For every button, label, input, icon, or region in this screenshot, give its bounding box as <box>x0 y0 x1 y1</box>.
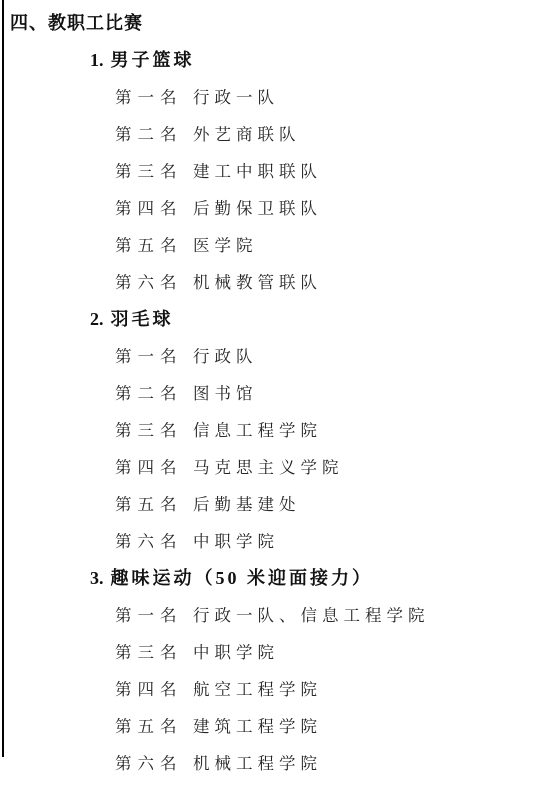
event-number: 1. <box>90 50 104 70</box>
event-number: 3. <box>90 568 104 588</box>
page-title: 四、教职工比赛 <box>0 5 534 42</box>
team-name: 建工中职联队 <box>193 162 322 181</box>
rank-label: 第二名 <box>115 116 193 153</box>
rank-row: 第一名行政队 <box>0 338 534 375</box>
rank-row: 第四名后勤保卫联队 <box>0 190 534 227</box>
rank-label: 第六名 <box>115 264 193 301</box>
team-name: 医学院 <box>193 236 258 255</box>
rank-row: 第四名马克思主义学院 <box>0 449 534 486</box>
event-heading: 1.男子篮球 <box>0 42 534 79</box>
rank-row: 第六名机械工程学院 <box>0 745 534 782</box>
team-name: 机械教管联队 <box>193 273 322 292</box>
rank-row: 第二名外艺商联队 <box>0 116 534 153</box>
team-name: 信息工程学院 <box>193 421 322 440</box>
rank-label: 第一名 <box>115 79 193 116</box>
rank-label: 第五名 <box>115 708 193 745</box>
rank-row: 第六名中职学院 <box>0 523 534 560</box>
team-name: 马克思主义学院 <box>193 458 344 477</box>
results-list: 1.男子篮球第一名行政一队第二名外艺商联队第三名建工中职联队第四名后勤保卫联队第… <box>0 42 534 782</box>
rank-row: 第二名图书馆 <box>0 375 534 412</box>
document-page: 四、教职工比赛 1.男子篮球第一名行政一队第二名外艺商联队第三名建工中职联队第四… <box>0 0 534 791</box>
team-name: 航空工程学院 <box>193 680 322 699</box>
team-name: 后勤基建处 <box>193 495 301 514</box>
event-name: 羽毛球 <box>111 309 174 329</box>
rank-label: 第一名 <box>115 597 193 634</box>
rank-row: 第一名行政一队、信息工程学院 <box>0 597 534 634</box>
team-name: 中职学院 <box>193 643 279 662</box>
rank-row: 第五名后勤基建处 <box>0 486 534 523</box>
team-name: 机械工程学院 <box>193 754 322 773</box>
rank-row: 第三名信息工程学院 <box>0 412 534 449</box>
rank-label: 第三名 <box>115 412 193 449</box>
event-name: 趣味运动（50 米迎面接力） <box>111 568 374 588</box>
rank-row: 第三名建工中职联队 <box>0 153 534 190</box>
rank-label: 第三名 <box>115 634 193 671</box>
scan-edge-line <box>2 0 4 757</box>
rank-label: 第五名 <box>115 486 193 523</box>
event-heading: 3.趣味运动（50 米迎面接力） <box>0 560 534 597</box>
rank-label: 第四名 <box>115 190 193 227</box>
team-name: 图书馆 <box>193 384 258 403</box>
event-number: 2. <box>90 309 104 329</box>
team-name: 行政队 <box>193 347 258 366</box>
rank-label: 第二名 <box>115 375 193 412</box>
team-name: 行政一队、信息工程学院 <box>193 606 430 625</box>
rank-label: 第四名 <box>115 449 193 486</box>
team-name: 行政一队 <box>193 88 279 107</box>
rank-label: 第五名 <box>115 227 193 264</box>
rank-label: 第一名 <box>115 338 193 375</box>
rank-row: 第三名中职学院 <box>0 634 534 671</box>
rank-label: 第六名 <box>115 745 193 782</box>
team-name: 外艺商联队 <box>193 125 301 144</box>
rank-row: 第四名航空工程学院 <box>0 671 534 708</box>
rank-label: 第四名 <box>115 671 193 708</box>
team-name: 中职学院 <box>193 532 279 551</box>
event-heading: 2.羽毛球 <box>0 301 534 338</box>
rank-row: 第六名机械教管联队 <box>0 264 534 301</box>
team-name: 后勤保卫联队 <box>193 199 322 218</box>
rank-label: 第六名 <box>115 523 193 560</box>
event-name: 男子篮球 <box>111 50 195 70</box>
rank-row: 第五名建筑工程学院 <box>0 708 534 745</box>
rank-row: 第五名医学院 <box>0 227 534 264</box>
team-name: 建筑工程学院 <box>193 717 322 736</box>
rank-label: 第三名 <box>115 153 193 190</box>
rank-row: 第一名行政一队 <box>0 79 534 116</box>
